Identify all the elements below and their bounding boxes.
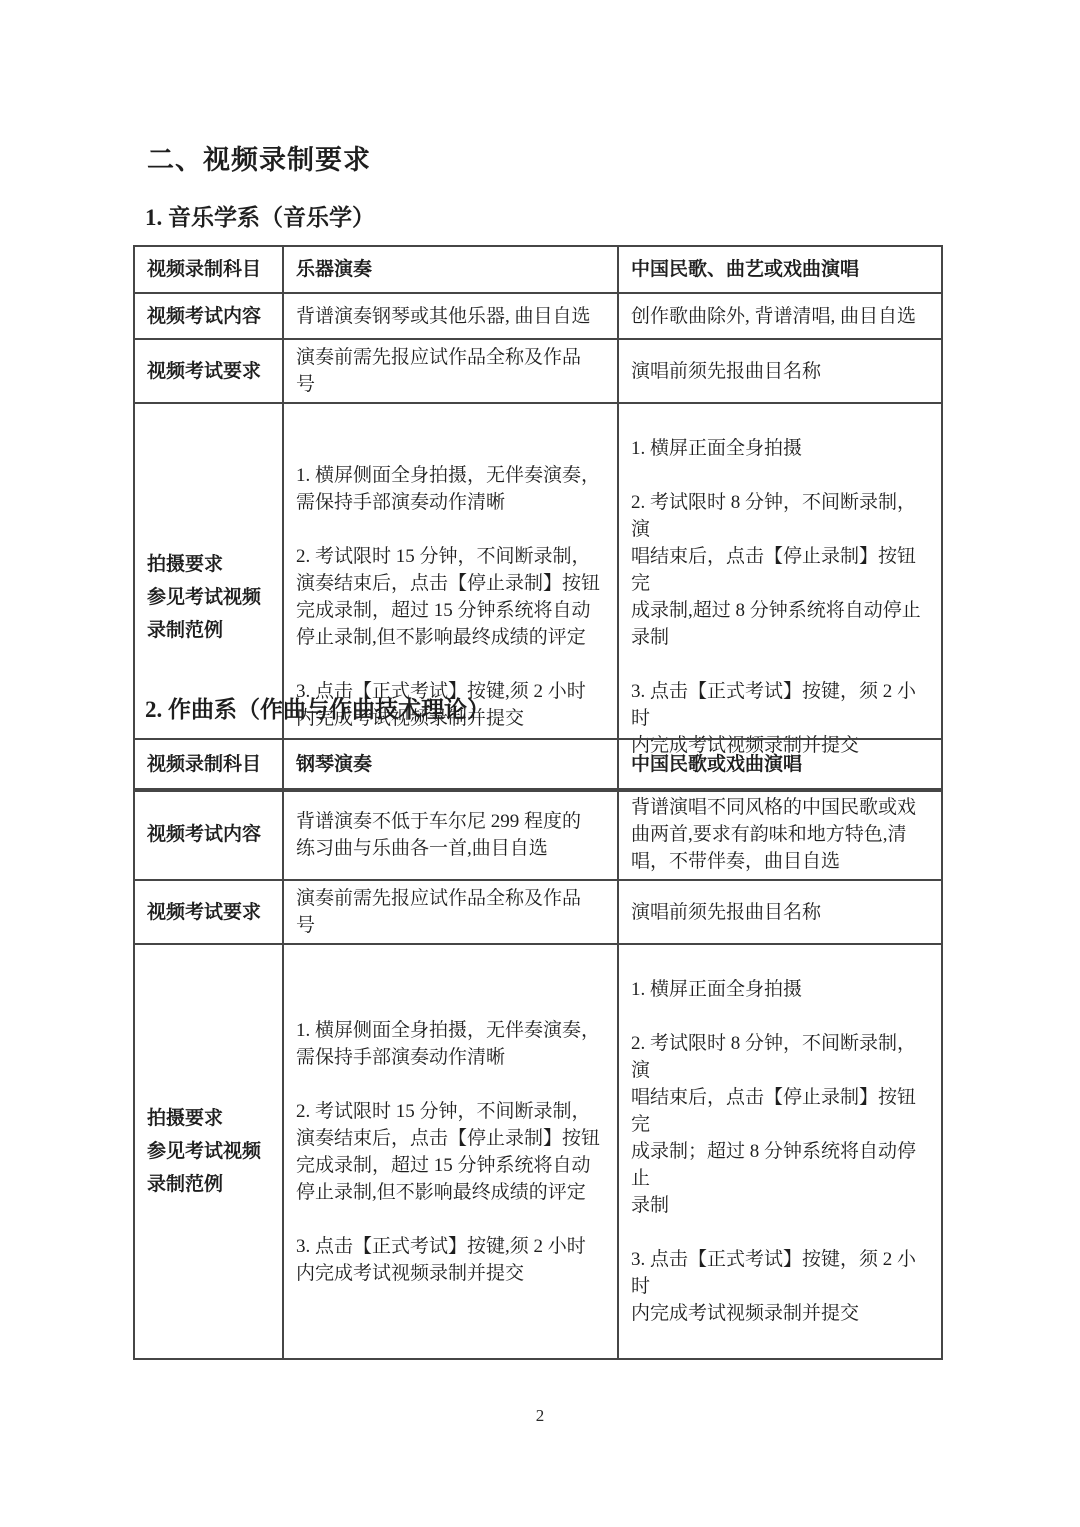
cell-exam-requirement-col2: 演奏前需先报应试作品全称及作品 号	[283, 339, 618, 403]
shooting-item: 1. 横屏侧面全身拍摄，无伴奏演奏， 需保持手部演奏动作清晰	[296, 462, 607, 516]
cell-shooting-requirement-col3: 1. 横屏正面全身拍摄 2. 考试限时 8 分钟，不间断录制，演 唱结束后，点击…	[618, 403, 942, 791]
shooting-item: 3. 点击【正式考试】按键,须 2 小时 内完成考试视频录制并提交	[296, 1233, 607, 1287]
cell-exam-content-col2: 背谱演奏钢琴或其他乐器, 曲目自选	[283, 293, 618, 339]
cell-exam-requirement-col3: 演唱前须先报曲目名称	[618, 880, 942, 944]
section-title-musicology: 1. 音乐学系（音乐学）	[145, 199, 375, 232]
header-folk-song-singing: 中国民歌或戏曲演唱	[618, 739, 942, 789]
row-label-shooting-requirement: 拍摄要求 参见考试视频 录制范例	[134, 944, 283, 1359]
cell-shooting-requirement-col2: 1. 横屏侧面全身拍摄，无伴奏演奏， 需保持手部演奏动作清晰 2. 考试限时 1…	[283, 944, 618, 1359]
row-label-exam-requirement: 视频考试要求	[134, 339, 283, 403]
table-row-shooting-requirement: 拍摄要求 参见考试视频 录制范例 1. 横屏侧面全身拍摄，无伴奏演奏， 需保持手…	[134, 403, 942, 791]
shooting-item: 2. 考试限时 8 分钟，不间断录制，演 唱结束后，点击【停止录制】按钮完 成录…	[631, 1030, 931, 1219]
page-number: 2	[0, 1406, 1080, 1426]
header-folk-song-singing: 中国民歌、曲艺或戏曲演唱	[618, 246, 942, 293]
table-composition-requirements: 视频录制科目 钢琴演奏 中国民歌或戏曲演唱 视频考试内容 背谱演奏不低于车尔尼 …	[133, 738, 943, 1360]
row-label-shooting-requirement: 拍摄要求 参见考试视频 录制范例	[134, 403, 283, 791]
table-row-exam-requirement: 视频考试要求 演奏前需先报应试作品全称及作品 号 演唱前须先报曲目名称	[134, 339, 942, 403]
shooting-item: 1. 横屏侧面全身拍摄，无伴奏演奏， 需保持手部演奏动作清晰	[296, 1017, 607, 1071]
table-row-shooting-requirement: 拍摄要求 参见考试视频 录制范例 1. 横屏侧面全身拍摄，无伴奏演奏， 需保持手…	[134, 944, 942, 1359]
shooting-item: 1. 横屏正面全身拍摄	[631, 976, 931, 1003]
cell-exam-requirement-col3: 演唱前须先报曲目名称	[618, 339, 942, 403]
row-label-exam-content: 视频考试内容	[134, 293, 283, 339]
cell-shooting-requirement-col2: 1. 横屏侧面全身拍摄，无伴奏演奏， 需保持手部演奏动作清晰 2. 考试限时 1…	[283, 403, 618, 791]
cell-exam-content-col2: 背谱演奏不低于车尔尼 299 程度的 练习曲与乐曲各一首,曲目自选	[283, 789, 618, 880]
shooting-item: 3. 点击【正式考试】按键，须 2 小时 内完成考试视频录制并提交	[631, 1246, 931, 1327]
document-page: 二、视频录制要求 1. 音乐学系（音乐学） 视频录制科目 乐器演奏 中国民歌、曲…	[0, 0, 1080, 1527]
shooting-item: 2. 考试限时 15 分钟，不间断录制， 演奏结束后，点击【停止录制】按钮 完成…	[296, 1098, 607, 1206]
table-row-exam-requirement: 视频考试要求 演奏前需先报应试作品全称及作品 号 演唱前须先报曲目名称	[134, 880, 942, 944]
shooting-item: 2. 考试限时 8 分钟，不间断录制，演 唱结束后，点击【停止录制】按钮完 成录…	[631, 489, 931, 651]
row-label-exam-content: 视频考试内容	[134, 789, 283, 880]
table-header-row: 视频录制科目 钢琴演奏 中国民歌或戏曲演唱	[134, 739, 942, 789]
cell-exam-content-col3: 创作歌曲除外, 背谱清唱, 曲目自选	[618, 293, 942, 339]
header-instrument-performance: 乐器演奏	[283, 246, 618, 293]
cell-exam-requirement-col2: 演奏前需先报应试作品全称及作品 号	[283, 880, 618, 944]
document-heading: 二、视频录制要求	[147, 138, 371, 177]
table-header-row: 视频录制科目 乐器演奏 中国民歌、曲艺或戏曲演唱	[134, 246, 942, 293]
cell-shooting-requirement-col3: 1. 横屏正面全身拍摄 2. 考试限时 8 分钟，不间断录制，演 唱结束后，点击…	[618, 944, 942, 1359]
header-recording-subject: 视频录制科目	[134, 246, 283, 293]
shooting-item: 2. 考试限时 15 分钟，不间断录制， 演奏结束后，点击【停止录制】按钮 完成…	[296, 543, 607, 651]
table-row-exam-content: 视频考试内容 背谱演奏钢琴或其他乐器, 曲目自选 创作歌曲除外, 背谱清唱, 曲…	[134, 293, 942, 339]
shooting-item: 1. 横屏正面全身拍摄	[631, 435, 931, 462]
header-piano-performance: 钢琴演奏	[283, 739, 618, 789]
table-row-exam-content: 视频考试内容 背谱演奏不低于车尔尼 299 程度的 练习曲与乐曲各一首,曲目自选…	[134, 789, 942, 880]
row-label-exam-requirement: 视频考试要求	[134, 880, 283, 944]
section-title-composition: 2. 作曲系（作曲与作曲技术理论）	[145, 691, 490, 724]
cell-exam-content-col3: 背谱演唱不同风格的中国民歌或戏 曲两首,要求有韵味和地方特色,清 唱，不带伴奏，…	[618, 789, 942, 880]
header-recording-subject: 视频录制科目	[134, 739, 283, 789]
